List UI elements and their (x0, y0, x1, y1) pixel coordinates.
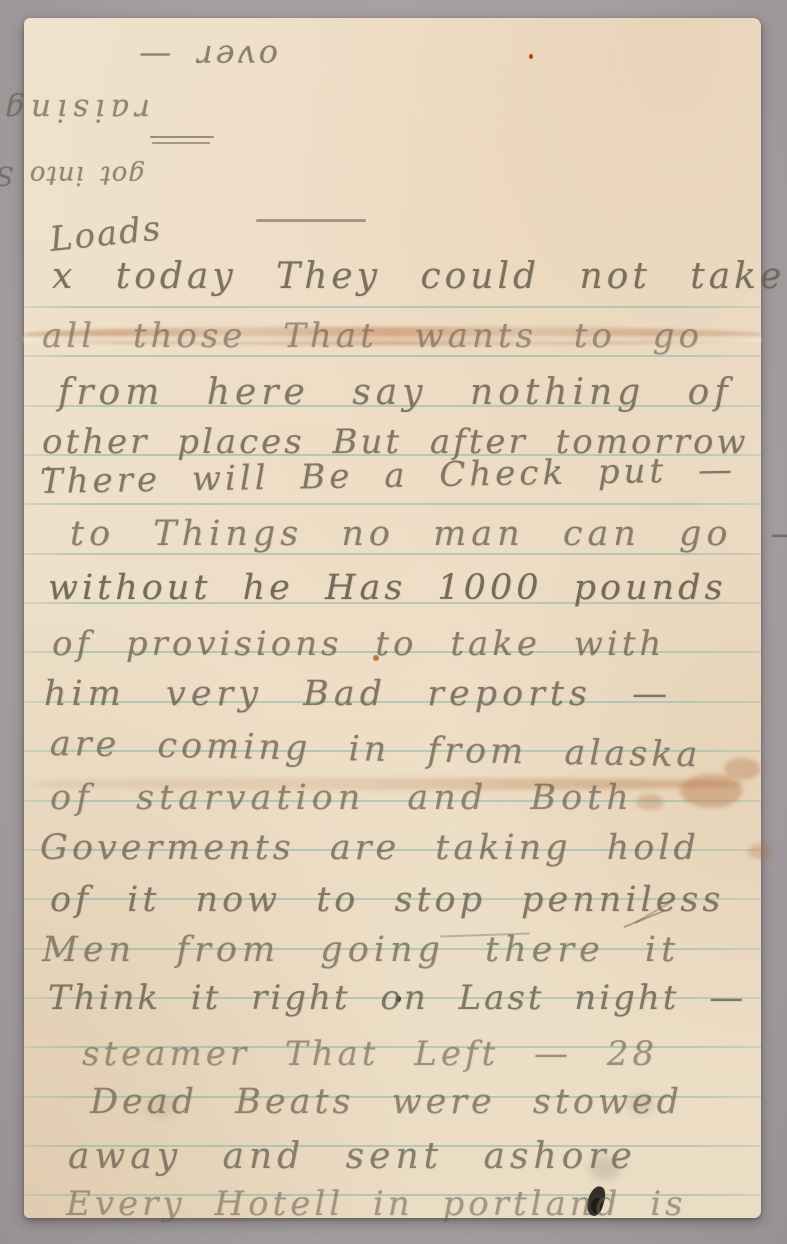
red-fleck (529, 54, 533, 59)
handwriting-line: him very Bad reports — (44, 674, 672, 714)
scan-background: got into Seattle now raising havoc there… (0, 0, 787, 1244)
handwriting-line: x today They could not take (52, 256, 785, 297)
foxing-blob (724, 758, 760, 780)
letter-paper: got into Seattle now raising havoc there… (24, 18, 761, 1218)
handwriting-line: to Things no man can go — (70, 514, 787, 554)
handwriting-line: all those That wants to go (42, 316, 703, 356)
handwriting-line: steamer That Left — 28 (82, 1034, 658, 1074)
inverted-line-text: raising havoc there (0, 92, 150, 128)
handwriting-line: are coming in from alaska (50, 724, 702, 775)
inverted-line-text: got into Seattle now (0, 160, 145, 190)
underline-stroke (152, 142, 210, 144)
foxing-blob (748, 844, 772, 859)
handwriting-line: without he Has 1000 pounds (48, 568, 727, 608)
handwriting-line: of it now to stop penniless (50, 880, 724, 920)
handwriting-line: Think it right on Last night — (48, 978, 746, 1018)
handwriting-line: of provisions to take with (52, 624, 665, 664)
inverted-line: over — (278, 38, 523, 76)
underline-stroke (256, 219, 366, 222)
handwriting-line: Every Hotell in portland is (66, 1184, 687, 1224)
ruled-line (24, 306, 761, 308)
handwriting-line: Goverments are taking hold (40, 828, 700, 868)
ruled-line (24, 503, 761, 505)
handwriting-line: of starvation and Both (50, 778, 634, 818)
handwriting-line: Men from going there it (42, 930, 680, 970)
handwriting-line: Loads (48, 208, 164, 260)
handwriting-line: from here say nothing of (58, 372, 733, 413)
handwriting-line: Dead Beats were stowed (90, 1082, 683, 1122)
underline-stroke (150, 136, 214, 138)
foxing-blob (636, 794, 664, 810)
inverted-line: raising havoc there (150, 92, 665, 128)
foxing-blob (680, 774, 742, 808)
inverted-line-text: over — (33, 38, 278, 76)
inverted-line: got into Seattle now (145, 160, 463, 190)
handwriting-line: away and sent ashore (68, 1136, 637, 1177)
